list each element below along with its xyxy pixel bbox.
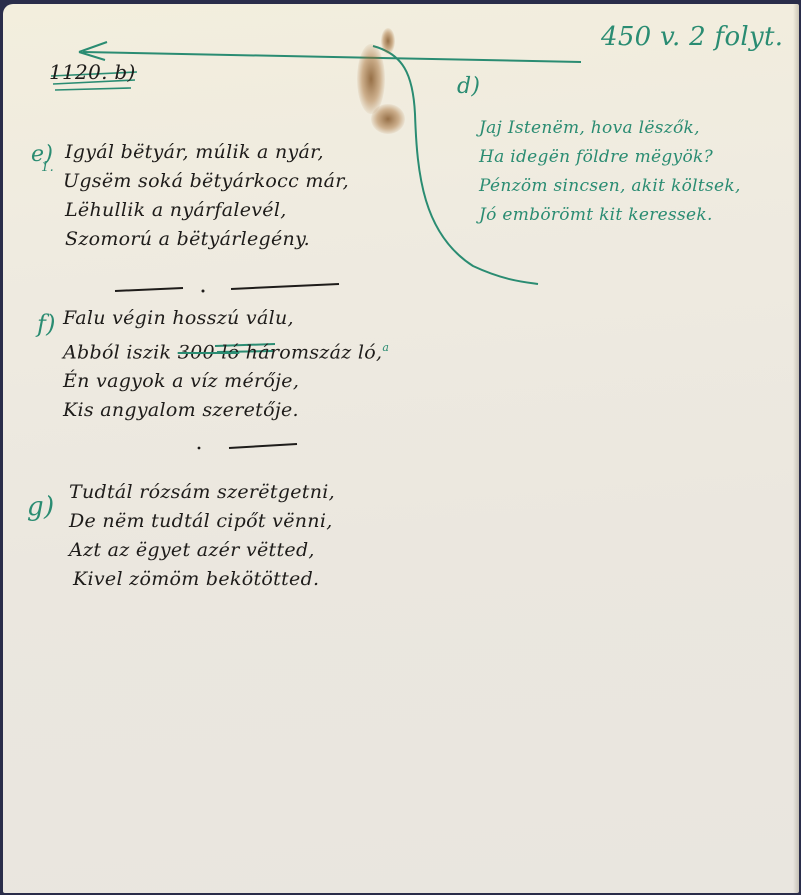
rust-stain <box>381 28 395 54</box>
verse-line: Kivel zömöm bekötötted. <box>73 565 335 594</box>
verse-line: Falu végin hosszú válu, <box>63 304 389 333</box>
stanza-f: f) Falu végin hosszú válu, Abból iszik 3… <box>37 304 389 425</box>
verse-line: Azt az ëgyet azér vëtted, <box>69 536 335 565</box>
verse-line: Tudtál rózsám szerëtgetni, <box>69 478 335 507</box>
verse-line: Abból iszik 300 ló háromszáz ló,a <box>63 333 389 367</box>
stanza-label: g) <box>27 492 54 522</box>
page-note: 450 v. 2 folyt. <box>601 22 783 52</box>
manuscript-page: 1120. b) 450 v. 2 folyt. e) 1. Igyál bët… <box>3 4 799 893</box>
verse-line: Én vagyok a víz mérője, <box>63 367 389 396</box>
struck-text: 300 ló <box>178 341 240 363</box>
stanza-d: d) Jaj Istenëm, hova lëszők, Ha idegën f… <box>453 74 741 230</box>
verse-line: Jaj Istenëm, hova lëszők, <box>479 114 741 143</box>
insertion-mark: a <box>382 341 389 354</box>
stanza-sublabel: 1. <box>41 160 54 175</box>
verse-line: Szomorú a bëtyárlegény. <box>65 225 349 254</box>
verse-line: Igyál bëtyár, múlik a nyár, <box>65 138 349 167</box>
verse-line: Lëhullik a nyárfalevél, <box>65 196 349 225</box>
verse-line: Jó embörömt kit keressek. <box>479 201 741 230</box>
stanza-e: e) 1. Igyál bëtyár, múlik a nyár, Ugsëm … <box>31 138 349 254</box>
stanza-label: f) <box>37 310 56 338</box>
verse-line: Kis angyalom szeretője. <box>63 396 389 425</box>
stanza-g: g) Tudtál rózsám szerëtgetni, De nëm tud… <box>27 478 335 594</box>
catalog-number: 1120. b) <box>49 60 136 84</box>
rust-stain <box>357 44 385 114</box>
verse-line: Ugsëm soká bëtyárkocc már, <box>63 167 349 196</box>
verse-line: Ha idegën földre mëgyök? <box>479 143 741 172</box>
verse-line: Pénzöm sincsen, akit költsek, <box>479 172 741 201</box>
verse-line: De nëm tudtál cipőt vënni, <box>69 507 335 536</box>
rust-stain <box>371 104 405 134</box>
stanza-label: d) <box>457 74 480 99</box>
